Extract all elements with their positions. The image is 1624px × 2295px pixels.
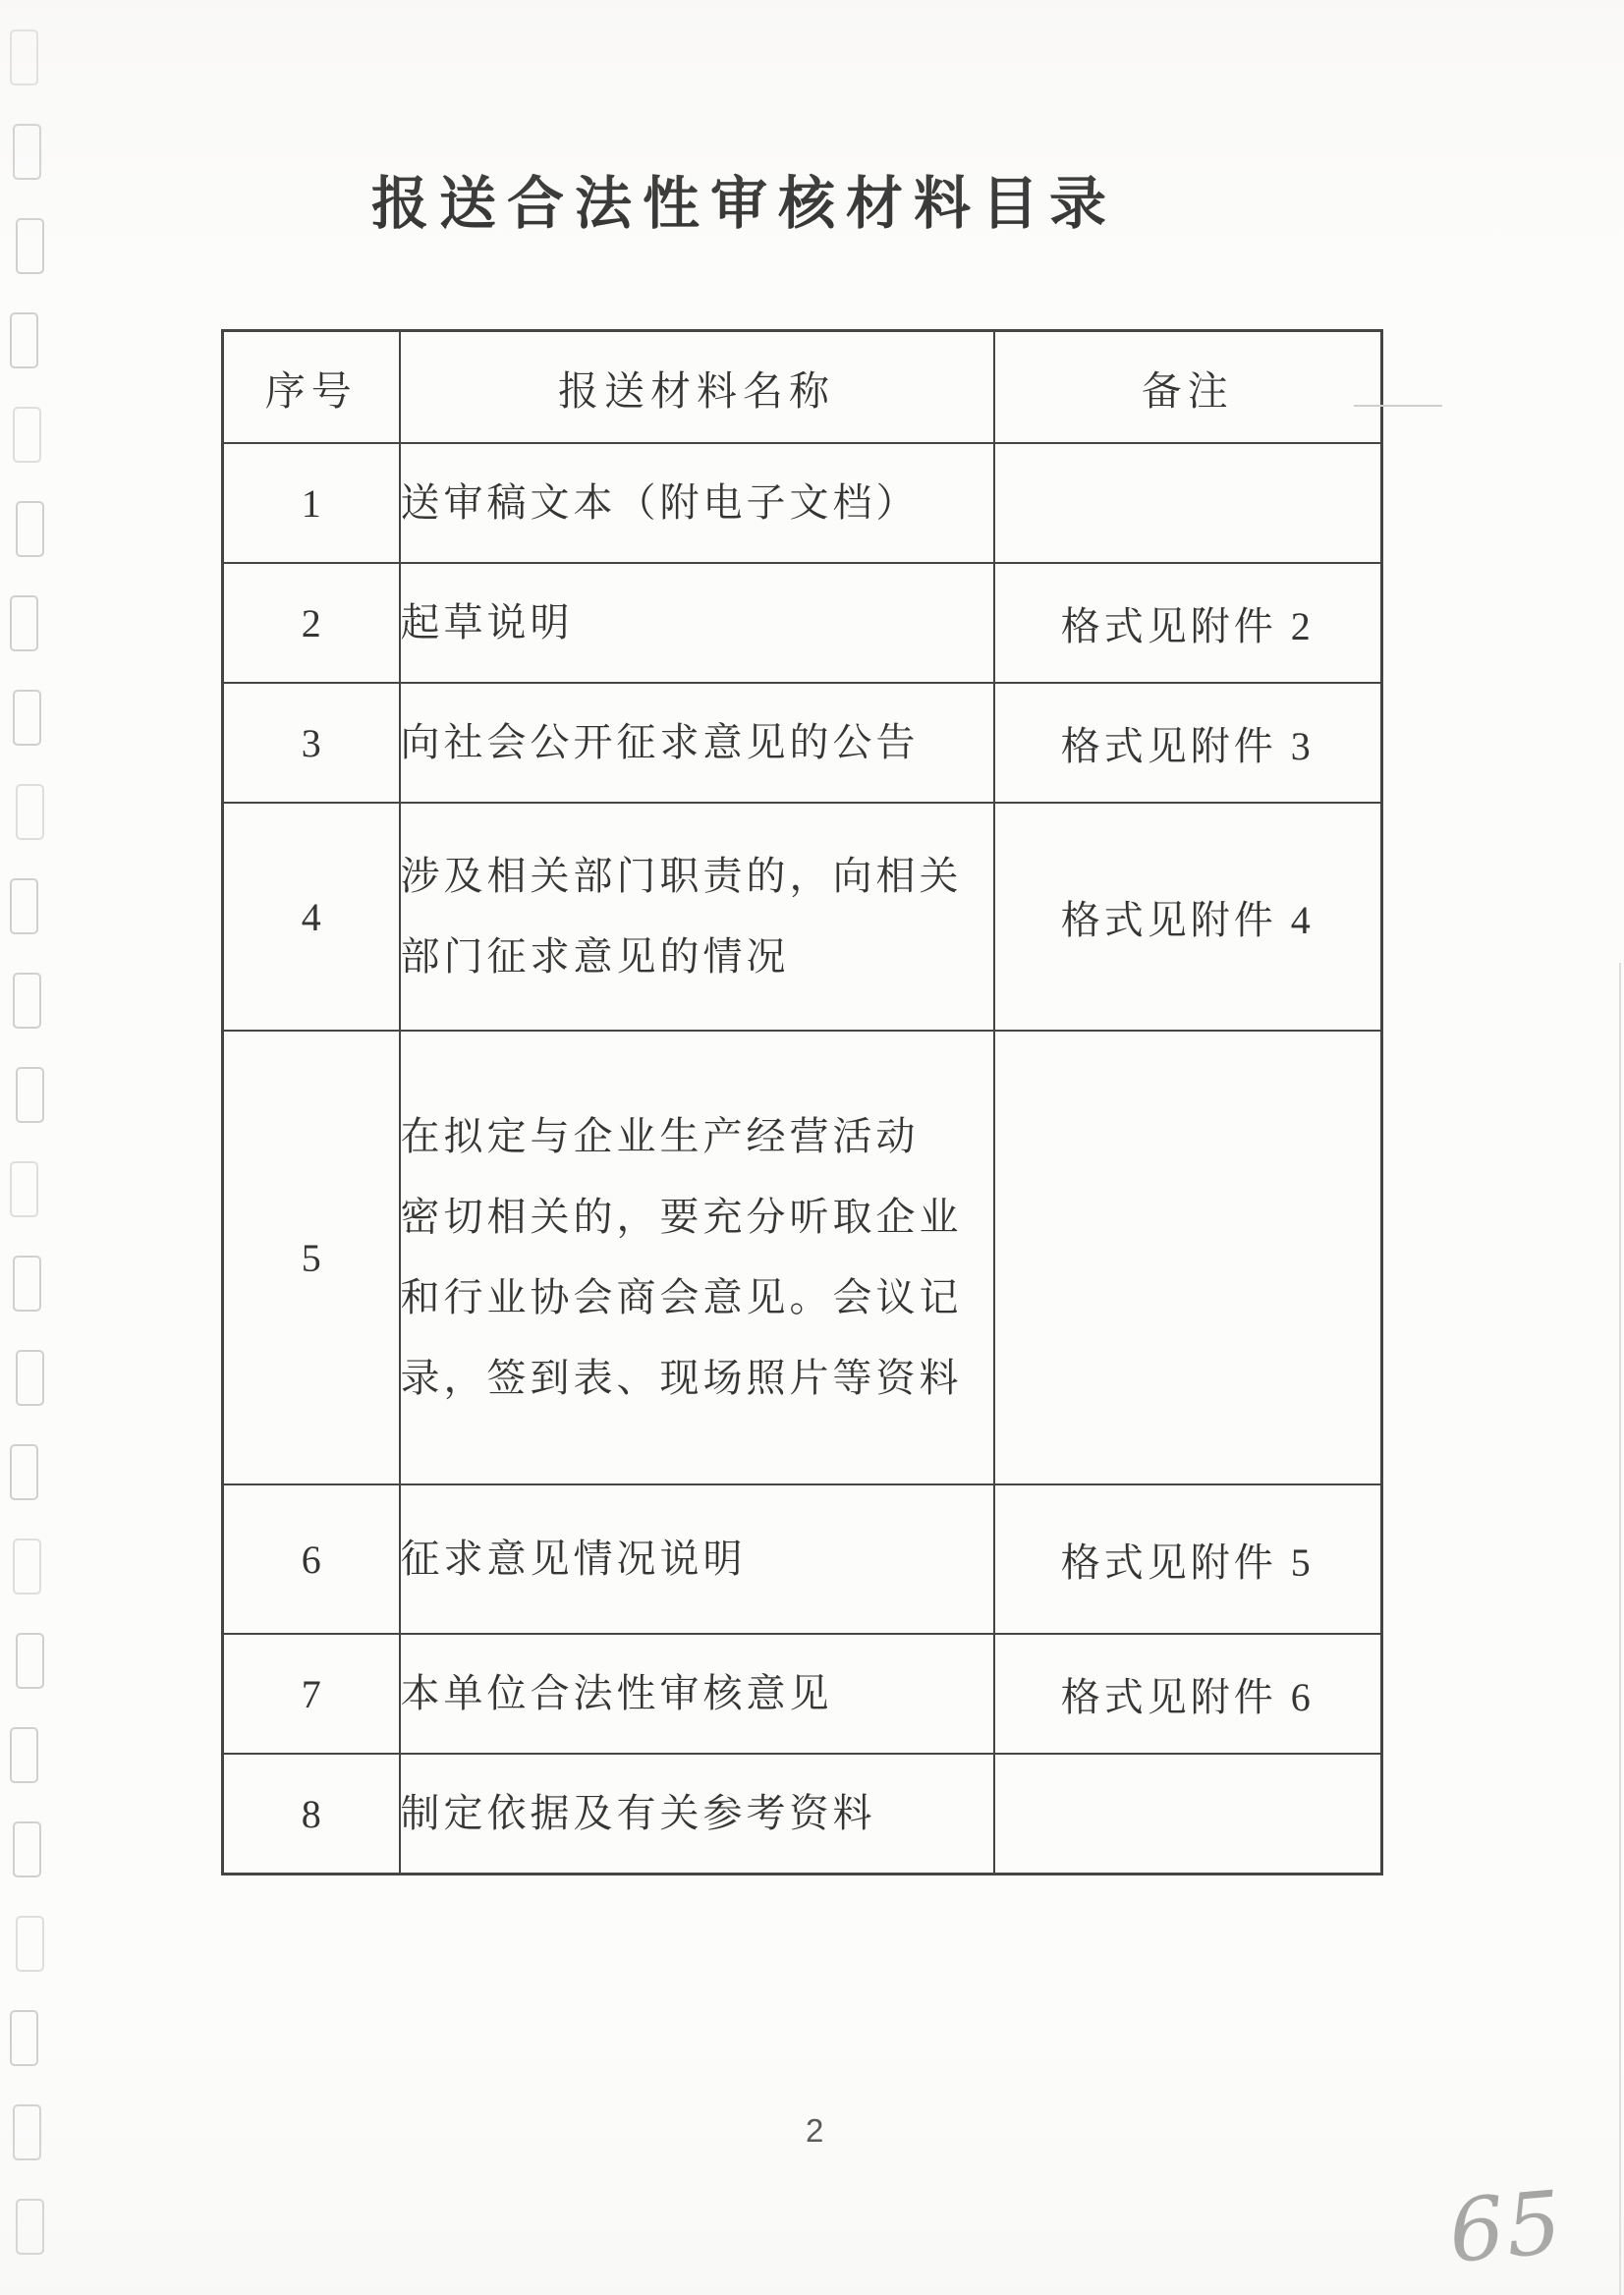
binding-hole	[13, 124, 41, 180]
binding-hole	[10, 2010, 38, 2066]
scan-artifact-edge	[1619, 963, 1621, 2295]
row-name: 征求意见情况说明	[400, 1484, 994, 1634]
row-no: 2	[223, 563, 400, 683]
binding-hole	[16, 784, 44, 840]
row-name-line: 密切相关的，要充分听取企业	[401, 1177, 993, 1258]
row-name-line: 录，签到表、现场照片等资料	[401, 1338, 993, 1419]
col-header-remark: 备注	[994, 331, 1382, 444]
row-remark: 格式见附件 3	[994, 683, 1382, 803]
binding-hole	[10, 595, 38, 651]
binding-hole	[10, 29, 38, 85]
row-name: 送审稿文本（附电子文档）	[400, 443, 994, 563]
page-number: 2	[806, 2112, 823, 2150]
row-name: 本单位合法性审核意见	[400, 1634, 994, 1754]
binding-hole	[13, 2104, 41, 2160]
binding-hole	[16, 218, 44, 274]
row-name: 向社会公开征求意见的公告	[400, 683, 994, 803]
binding-hole	[13, 407, 41, 463]
binding-hole	[13, 1539, 41, 1595]
binding-holes	[0, 0, 59, 2295]
row-remark: 格式见附件 4	[994, 803, 1382, 1031]
binding-hole	[10, 1444, 38, 1500]
binding-hole	[16, 1916, 44, 1972]
row-name: 涉及相关部门职责的，向相关 部门征求意见的情况	[400, 803, 994, 1031]
binding-hole	[16, 1633, 44, 1689]
row-no: 8	[223, 1754, 400, 1875]
row-no: 6	[223, 1484, 400, 1634]
binding-hole	[16, 1350, 44, 1406]
binding-hole	[10, 1727, 38, 1783]
row-no: 4	[223, 803, 400, 1031]
table-row: 4 涉及相关部门职责的，向相关 部门征求意见的情况 格式见附件 4	[223, 803, 1382, 1031]
row-name-line: 和行业协会商会意见。会议记	[401, 1258, 993, 1338]
table-row: 8 制定依据及有关参考资料	[223, 1754, 1382, 1875]
row-no: 7	[223, 1634, 400, 1754]
table-row: 1 送审稿文本（附电子文档）	[223, 443, 1382, 563]
table-row: 2 起草说明 格式见附件 2	[223, 563, 1382, 683]
handwritten-number: 65	[1445, 2171, 1568, 2282]
binding-hole	[13, 690, 41, 746]
row-remark: 格式见附件 6	[994, 1634, 1382, 1754]
row-no: 3	[223, 683, 400, 803]
binding-hole	[13, 1256, 41, 1312]
binding-hole	[13, 973, 41, 1029]
row-remark	[994, 443, 1382, 563]
col-header-no: 序号	[223, 331, 400, 444]
table-row: 7 本单位合法性审核意见 格式见附件 6	[223, 1634, 1382, 1754]
binding-hole	[10, 312, 38, 368]
page-title: 报送合法性审核材料目录	[371, 157, 1117, 240]
row-remark	[994, 1754, 1382, 1875]
row-name: 在拟定与企业生产经营活动 密切相关的，要充分听取企业 和行业协会商会意见。会议记…	[400, 1031, 994, 1484]
document-page: 报送合法性审核材料目录 序号 报送材料名称 备注 1 送审稿文本（附电子文档） …	[0, 0, 1624, 2295]
binding-hole	[16, 2199, 44, 2255]
materials-table: 序号 报送材料名称 备注 1 送审稿文本（附电子文档） 2 起草说明 格式见附件…	[221, 329, 1383, 1875]
binding-hole	[10, 878, 38, 934]
binding-hole	[16, 501, 44, 557]
row-remark	[994, 1031, 1382, 1484]
binding-hole	[10, 1161, 38, 1217]
binding-hole	[16, 1067, 44, 1123]
row-name: 制定依据及有关参考资料	[400, 1754, 994, 1875]
table-row: 3 向社会公开征求意见的公告 格式见附件 3	[223, 683, 1382, 803]
table-row: 5 在拟定与企业生产经营活动 密切相关的，要充分听取企业 和行业协会商会意见。会…	[223, 1031, 1382, 1484]
col-header-name: 报送材料名称	[400, 331, 994, 444]
row-no: 5	[223, 1031, 400, 1484]
row-name: 起草说明	[400, 563, 994, 683]
row-remark: 格式见附件 5	[994, 1484, 1382, 1634]
table-header-row: 序号 报送材料名称 备注	[223, 331, 1382, 444]
table-row: 6 征求意见情况说明 格式见附件 5	[223, 1484, 1382, 1634]
row-remark: 格式见附件 2	[994, 563, 1382, 683]
binding-hole	[13, 1821, 41, 1877]
row-name-line: 部门征求意见的情况	[401, 917, 993, 997]
row-no: 1	[223, 443, 400, 563]
row-name-line: 涉及相关部门职责的，向相关	[401, 836, 993, 917]
row-name-line: 在拟定与企业生产经营活动	[401, 1096, 993, 1177]
scan-artifact-line	[1354, 405, 1442, 407]
